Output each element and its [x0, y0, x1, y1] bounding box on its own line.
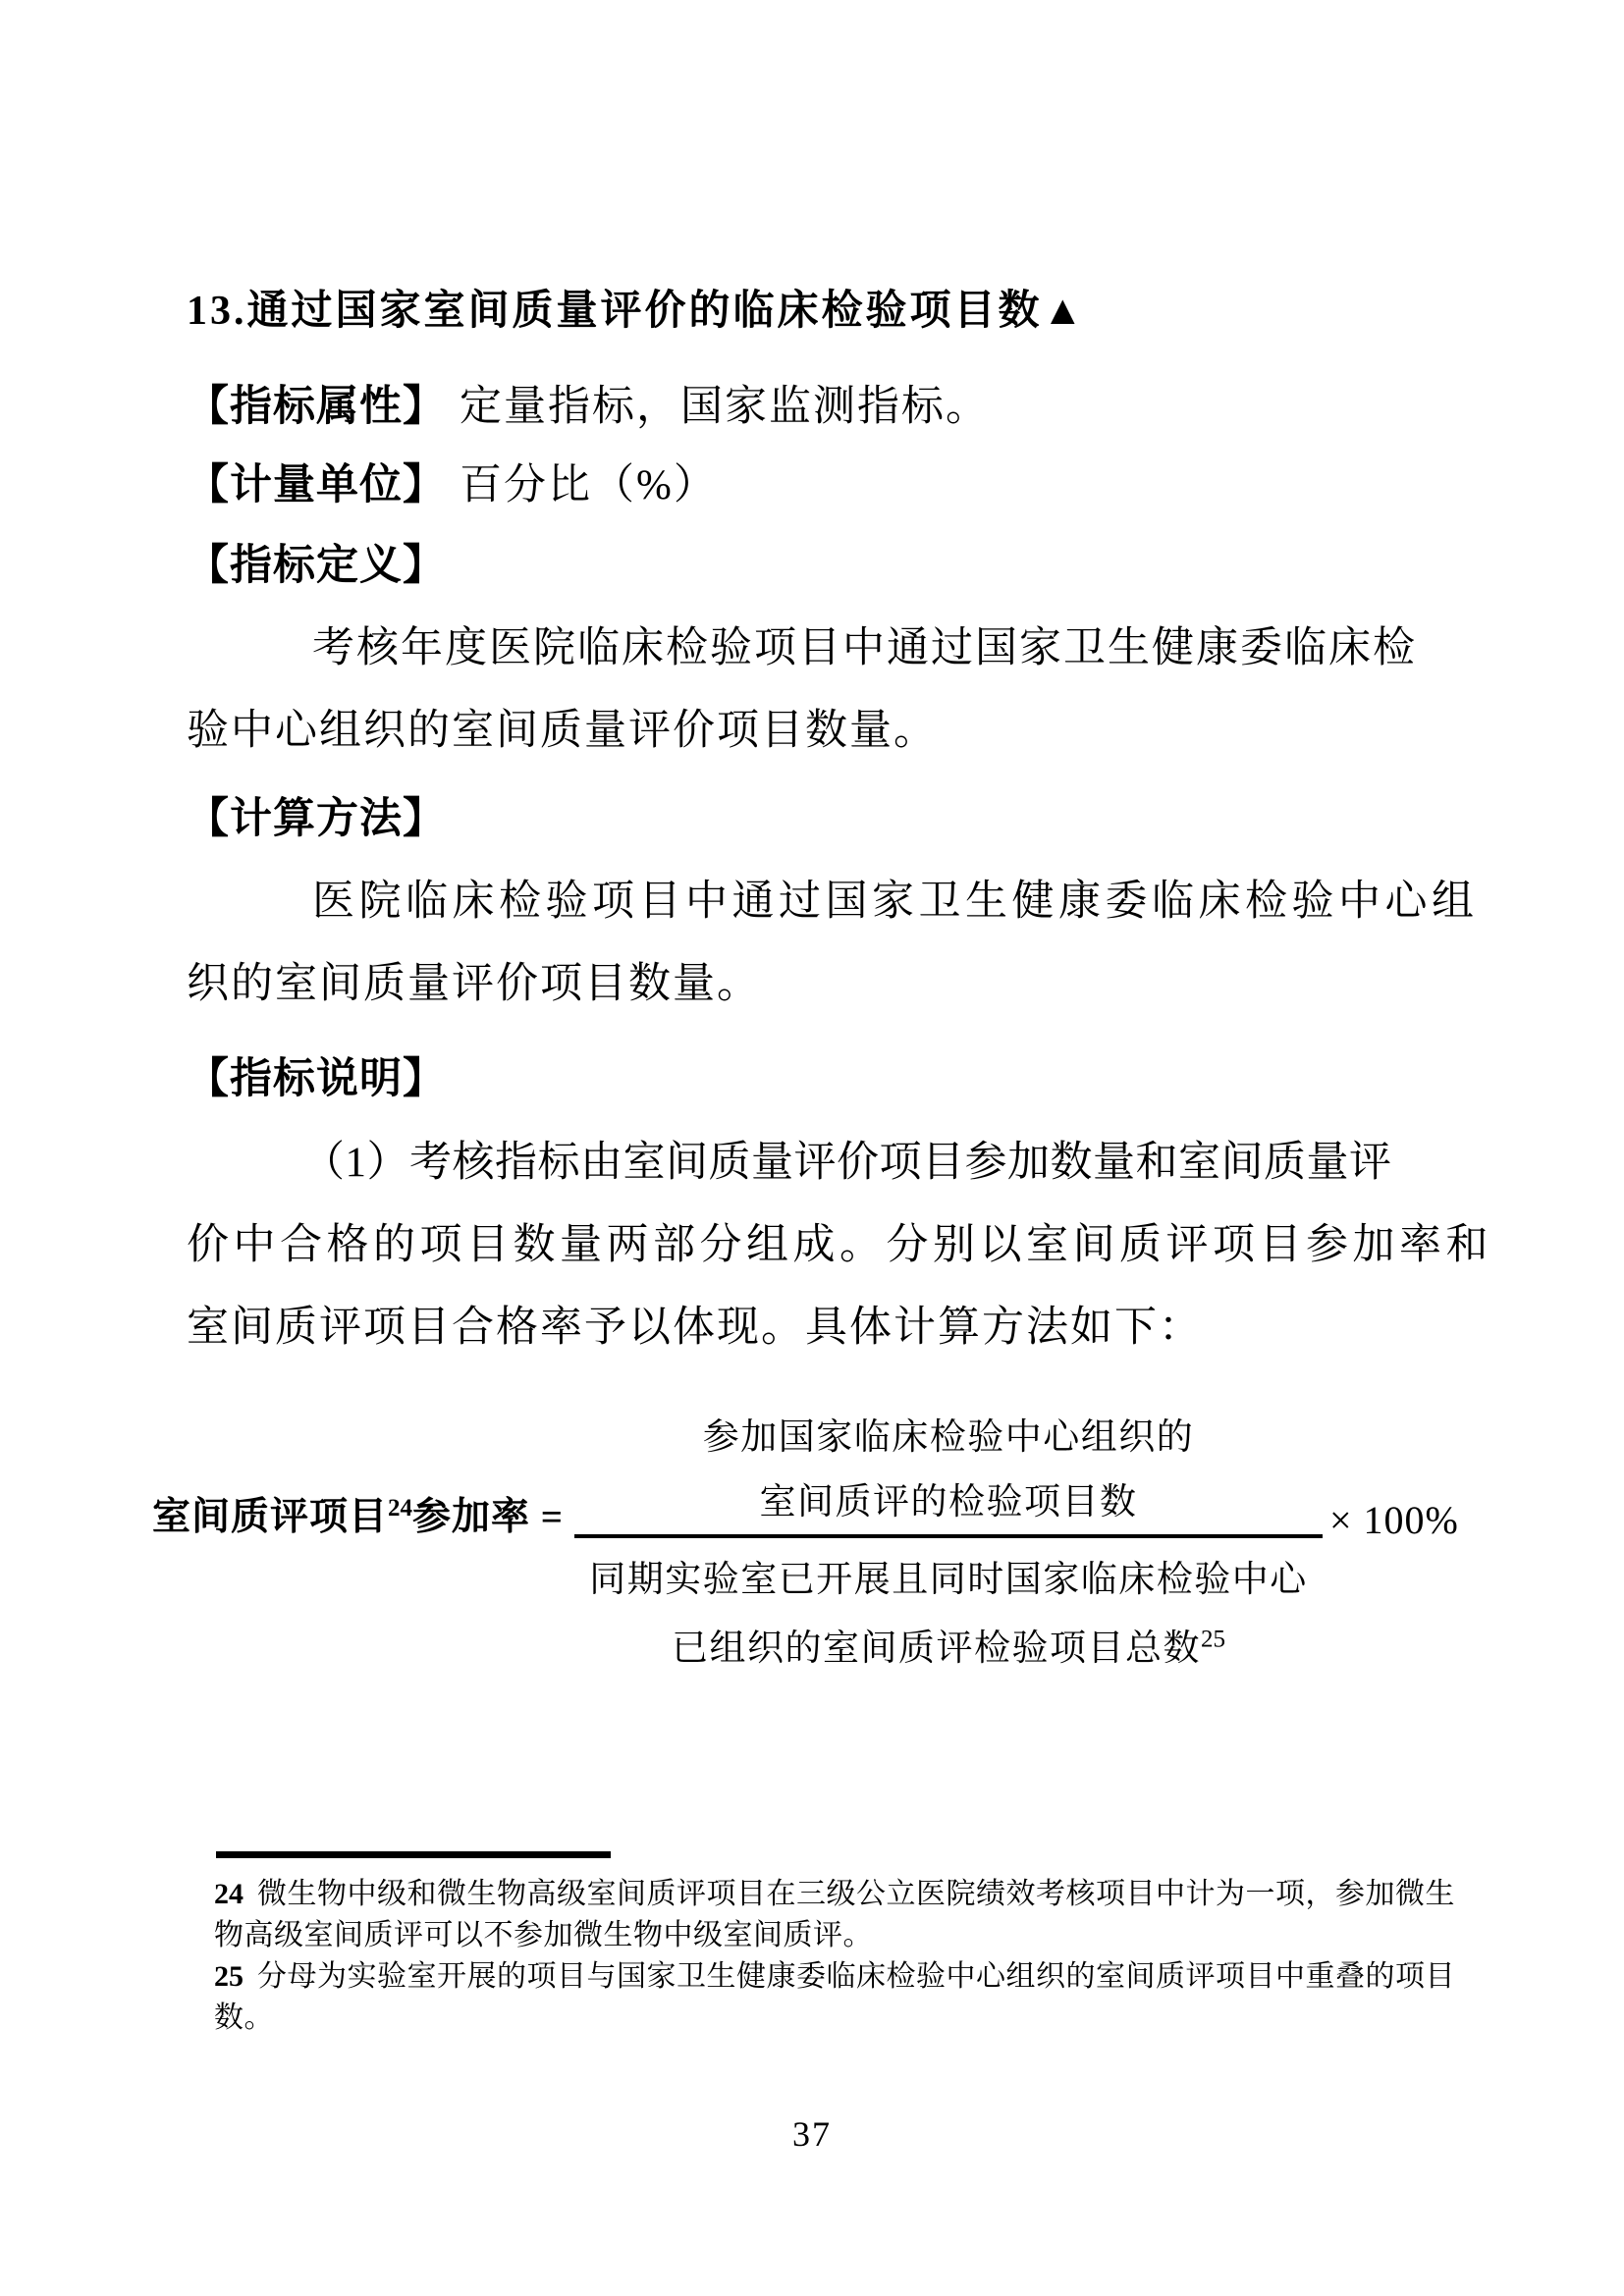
footnote-24-text-1: 微生物中级和微生物高级室间质评项目在三级公立医院绩效考核项目中计为一项，参加微生 [257, 1878, 1455, 1910]
notes-line-3: 室间质评项目合格率予以体现。具体计算方法如下： [187, 1304, 1203, 1352]
footnote-separator [216, 1851, 611, 1858]
notes-line-1: （1）考核指标由室间质量评价项目参加数量和室间质量评 [302, 1139, 1392, 1187]
formula-numerator-line-1: 参加国家临床检验中心组织的 [574, 1407, 1323, 1460]
footnote-25-text-1: 分母为实验室开展的项目与国家卫生健康委临床检验中心组织的室间质评项目中重叠的项目 [257, 1960, 1455, 1993]
document-page: 13.通过国家室间质量评价的临床检验项目数▲ 【指标属性】定量指标，国家监测指标… [0, 0, 1624, 2296]
formula-numerator-line-2: 室间质评的检验项目数 [574, 1471, 1323, 1524]
footnote-25-line-1: 25分母为实验室开展的项目与国家卫生健康委临床检验中心组织的室间质评项目中重叠的… [214, 1959, 1455, 1995]
fraction-bar [574, 1534, 1323, 1538]
formula-fraction: 参加国家临床检验中心组织的 室间质评的检验项目数 同期实验室已开展且同时国家临床… [574, 1407, 1323, 1662]
calculation-line-2: 织的室间质量评价项目数量。 [187, 960, 761, 1008]
page-number: 37 [0, 2113, 1624, 2155]
section-text-unit: 百分比（%） [460, 462, 718, 508]
section-head-calculation: 【计算方法】 [187, 795, 446, 843]
section-head-attribute: 【指标属性】 [187, 384, 446, 430]
footnote-24-line-1: 24微生物中级和微生物高级室间质评项目在三级公立医院绩效考核项目中计为一项，参加… [214, 1877, 1455, 1912]
footnote-24-line-2: 物高级室间质评可以不参加微生物中级室间质评。 [214, 1918, 873, 1953]
section-text-attribute: 定量指标，国家监测指标。 [460, 384, 990, 430]
formula-multiplier: × 100% [1329, 1498, 1459, 1543]
section-head-notes: 【指标说明】 [187, 1055, 446, 1103]
section-head-definition: 【指标定义】 [187, 542, 446, 590]
section-unit: 【计量单位】百分比（%） [187, 461, 718, 509]
formula-lhs: 室间质评项目24参加率 = [152, 1495, 564, 1540]
calculation-line-1: 医院临床检验项目中通过国家卫生健康委临床检验中心组 [312, 878, 1479, 926]
formula-denominator-line-1: 同期实验室已开展且同时国家临床检验中心 [574, 1549, 1323, 1602]
formula-lhs-text: 室间质评项目 [152, 1496, 388, 1538]
formula-footnote-ref-25: 25 [1201, 1627, 1225, 1653]
definition-line-2: 验中心组织的室间质量评价项目数量。 [187, 707, 938, 755]
formula-denominator-line-2: 已组织的室间质评检验项目总数25 [574, 1618, 1323, 1671]
footnote-25-line-2: 数。 [214, 2001, 274, 2036]
footnote-25-number: 25 [214, 1960, 244, 1993]
definition-line-1: 考核年度医院临床检验项目中通过国家卫生健康委临床检 [312, 624, 1417, 672]
section-attribute: 【指标属性】定量指标，国家监测指标。 [187, 383, 990, 431]
formula-footnote-ref-24: 24 [388, 1495, 412, 1522]
section-head-unit: 【计量单位】 [187, 462, 446, 508]
notes-line-2: 价中合格的项目数量两部分组成。分别以室间质评项目参加率和 [187, 1221, 1492, 1269]
formula-lhs-tail: 参加率 = [412, 1496, 564, 1538]
page-title: 13.通过国家室间质量评价的临床检验项目数▲ [187, 288, 1086, 335]
footnote-24-number: 24 [214, 1878, 244, 1910]
formula-denominator-text: 已组织的室间质评检验项目总数 [672, 1629, 1201, 1669]
